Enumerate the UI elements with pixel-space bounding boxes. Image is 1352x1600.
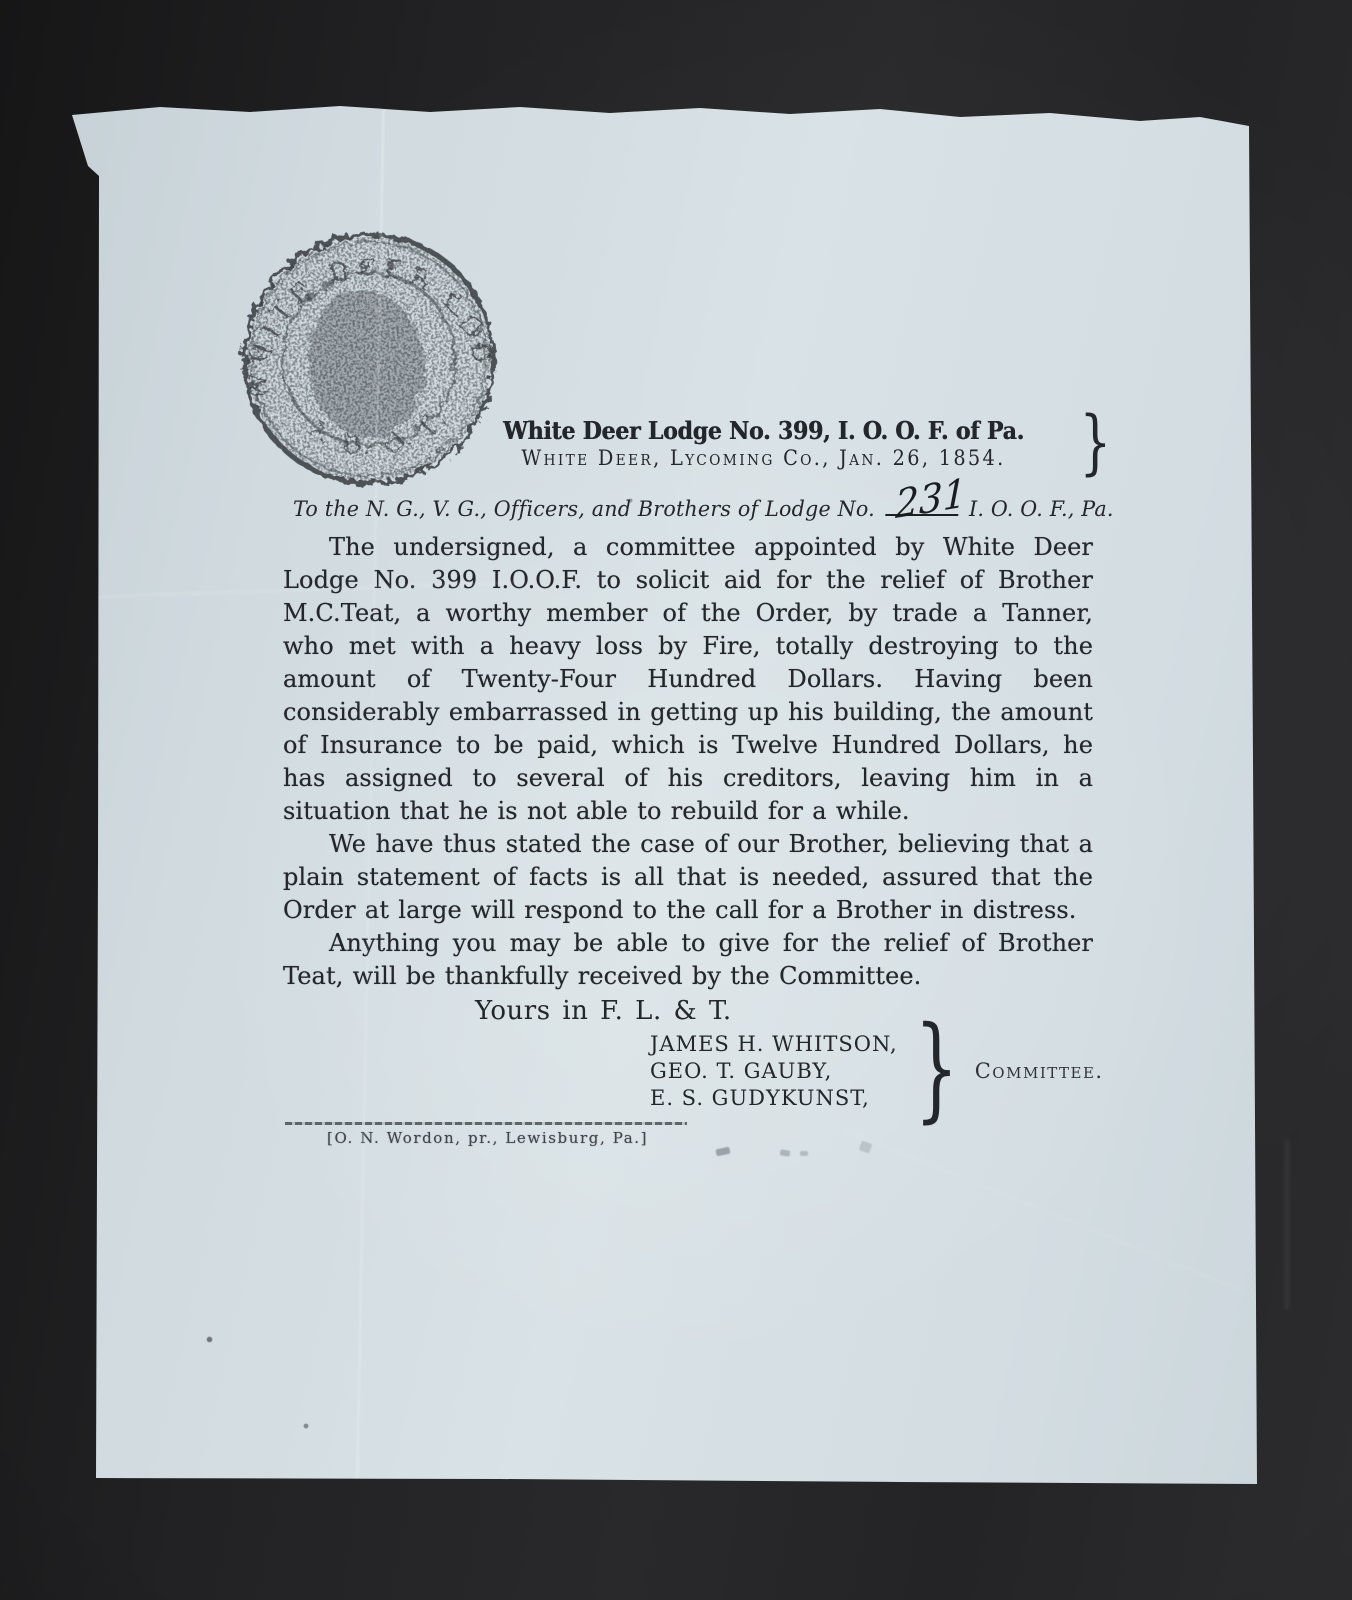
paper-speck [303, 1423, 309, 1429]
committee-member: JAMES H. WHITSON, [650, 1031, 898, 1058]
document-paper: WHITE DEER LODGE No. 399 I. O. O. F. Whi… [0, 0, 1352, 1600]
letterhead-lodge-line: White Deer Lodge No. 399, I. O. O. F. of… [503, 416, 1024, 445]
letterhead-lines: White Deer Lodge No. 399, I. O. O. F. of… [503, 416, 1024, 470]
committee-label: Committee. [975, 1059, 1104, 1083]
printer-imprint: [O. N. Wordon, pr., Lewisburg, Pa.] [327, 1129, 1093, 1147]
lodge-number-underline: 231 [885, 486, 958, 516]
body-paragraph-3: Anything you may be able to give for the… [283, 927, 1093, 993]
letterhead-brace: } [1080, 411, 1112, 475]
pencil-smudge [715, 1147, 730, 1157]
letterhead: White Deer Lodge No. 399, I. O. O. F. of… [503, 414, 1116, 472]
salutation-post-text: I. O. O. F., Pa. [969, 497, 1114, 522]
letter-body: The undersigned, a committee appointed b… [283, 531, 1093, 1147]
pencil-smudge [780, 1149, 791, 1156]
paper-speck [628, 498, 633, 503]
closing-line: Yours in F. L. & T. [475, 996, 1093, 1026]
backdrop-cloth-crease [1285, 1140, 1289, 1310]
committee-names: JAMES H. WHITSON, GEO. T. GAUBY, E. S. G… [650, 1031, 898, 1112]
pencil-smudge [800, 1151, 808, 1156]
body-paragraph-2: We have thus stated the case of our Brot… [283, 828, 1093, 927]
paper-speck [206, 1336, 213, 1343]
lodge-number-handwritten: 231 [895, 476, 967, 524]
paper-crease-diagonal [845, 1130, 1244, 1293]
seal-stipple-texture [233, 223, 505, 495]
salutation-pre-text: To the N. G., V. G., Officers, and Broth… [293, 497, 875, 522]
salutation-line: To the N. G., V. G., Officers, and Broth… [293, 486, 1114, 522]
photo-background: WHITE DEER LODGE No. 399 I. O. O. F. Whi… [0, 0, 1352, 1600]
letterhead-date-line: White Deer, Lycoming Co., Jan. 26, 1854. [503, 446, 1024, 470]
lodge-seal-stamp: WHITE DEER LODGE No. 399 I. O. O. F. [221, 211, 517, 507]
imprint-rule [285, 1122, 687, 1125]
committee-member: E. S. GUDYKUNST, [650, 1085, 898, 1112]
committee-signature-block: JAMES H. WHITSON, GEO. T. GAUBY, E. S. G… [650, 1030, 1093, 1112]
committee-member: GEO. T. GAUBY, [650, 1058, 898, 1085]
body-paragraph-1: The undersigned, a committee appointed b… [283, 531, 1093, 828]
committee-brace: } [914, 1016, 958, 1120]
